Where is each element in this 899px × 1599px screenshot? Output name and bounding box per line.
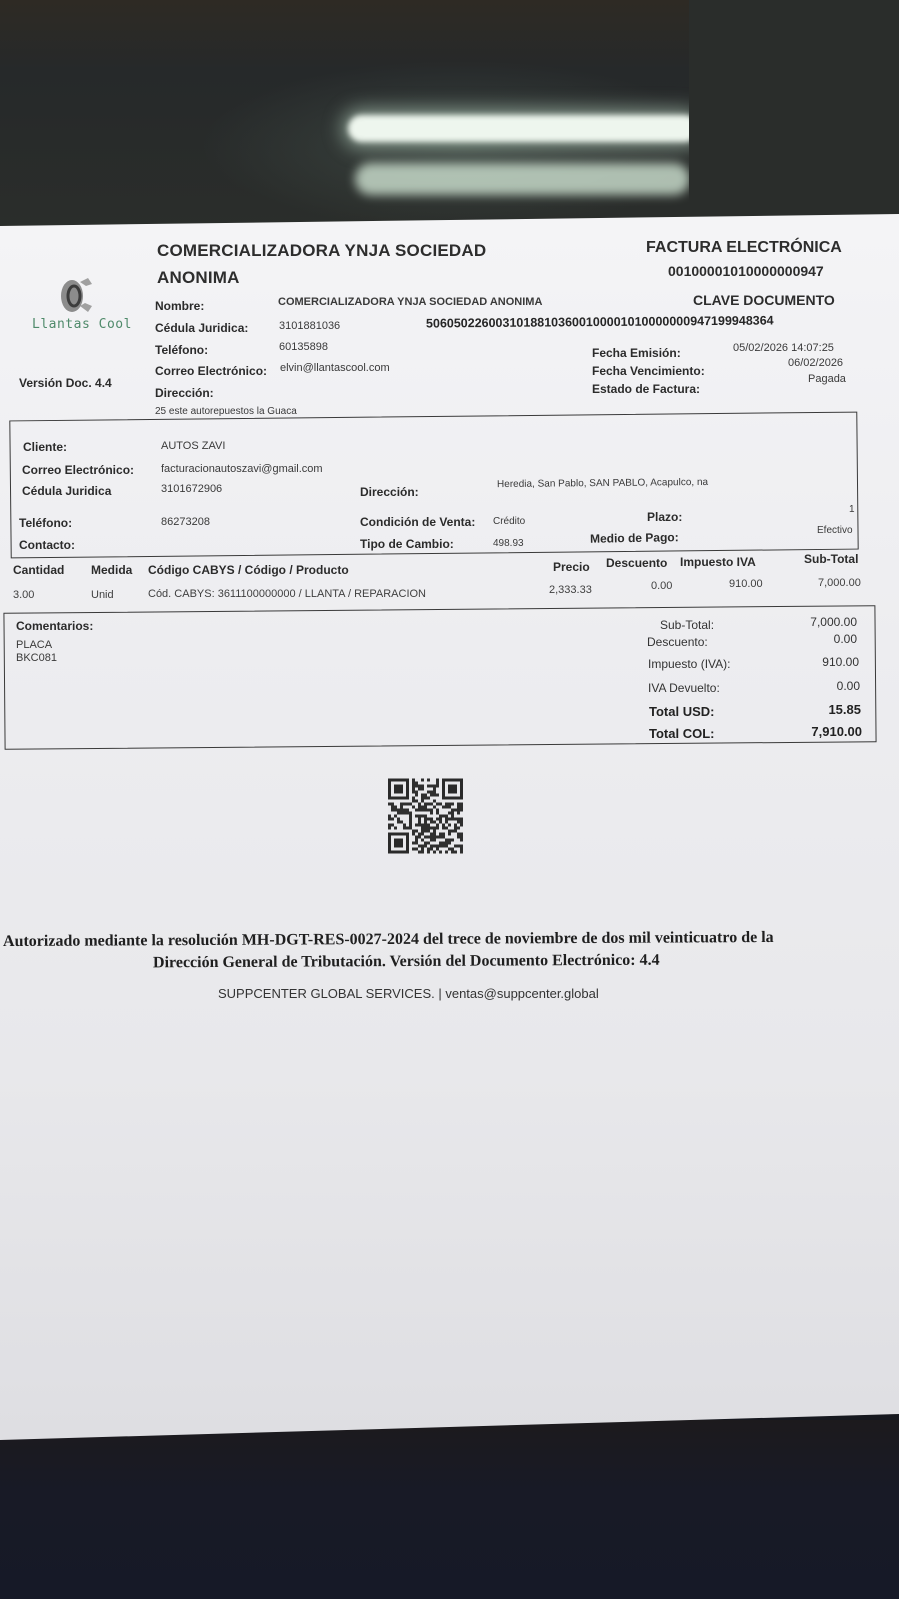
medio-pago: Efectivo	[817, 525, 853, 536]
impuesto-value: 910.00	[822, 655, 859, 669]
cliente-value: AUTOS ZAVI	[161, 440, 225, 452]
comments-totals-box	[3, 605, 876, 750]
row-medida: Unid	[91, 589, 114, 601]
tipo-cambio-label: Tipo de Cambio:	[360, 537, 454, 551]
total-usd-value: 15.85	[828, 702, 861, 717]
row-cantidad: 3.00	[13, 589, 34, 601]
clave-label: CLAVE DOCUMENTO	[693, 292, 835, 308]
total-col-label: Total COL:	[649, 726, 714, 741]
issuer-correo: elvin@llantascool.com	[280, 362, 390, 374]
comments-line1: PLACA	[16, 639, 52, 651]
issuer-telefono-label: Teléfono:	[155, 343, 208, 357]
document-type: FACTURA ELECTRÓNICA	[646, 239, 842, 257]
col-subtotal: Sub-Total	[804, 552, 858, 566]
legal-line2: Dirección General de Tributación. Versió…	[153, 952, 660, 973]
issuer-cedula-label: Cédula Juridica:	[155, 321, 248, 335]
ceiling-light-reflection	[348, 115, 698, 142]
client-telefono-label: Teléfono:	[19, 516, 72, 530]
light-glow	[200, 60, 720, 230]
issuer-direccion: 25 este autorepuestos la Guaca	[155, 406, 297, 417]
issuer-cedula: 3101881036	[279, 320, 340, 332]
photo-background-top	[0, 0, 899, 240]
issuer-correo-label: Correo Electrónico:	[155, 364, 267, 378]
issuer-nombre-label: Nombre:	[155, 299, 204, 313]
plazo-value: 1	[849, 504, 855, 515]
row-descuento: 0.00	[651, 580, 672, 592]
photo-background-bottom	[0, 1420, 899, 1599]
col-impuesto: Impuesto IVA	[680, 555, 756, 569]
row-producto: Cód. CABYS: 3611100000000 / LLANTA / REP…	[148, 588, 426, 600]
condicion-venta-label: Condición de Venta:	[360, 515, 475, 529]
company-name-line2: ANONIMA	[157, 268, 240, 288]
dark-panel	[689, 0, 899, 240]
col-descuento: Descuento	[606, 556, 667, 570]
comments-label: Comentarios:	[16, 619, 93, 633]
invoice-number: 00100001010000000947	[668, 263, 824, 279]
total-usd-label: Total USD:	[649, 704, 714, 719]
footer-provider: SUPPCENTER GLOBAL SERVICES. | ventas@sup…	[218, 986, 599, 1001]
logo-text: Llantas Cool	[32, 317, 132, 332]
issuer-direccion-label: Dirección:	[155, 386, 214, 400]
row-impuesto: 910.00	[729, 578, 763, 590]
fecha-emision: 05/02/2026 14:07:25	[733, 342, 834, 354]
qr-code-icon	[388, 778, 463, 854]
subtotal-label: Sub-Total:	[660, 618, 714, 632]
fecha-vencimiento: 06/02/2026	[788, 357, 843, 369]
client-direccion: Heredia, San Pablo, SAN PABLO, Acapulco,…	[497, 477, 708, 490]
client-telefono: 86273208	[161, 516, 210, 528]
row-precio: 2,333.33	[549, 584, 592, 596]
total-col-value: 7,910.00	[811, 724, 862, 739]
iva-devuelto-value: 0.00	[837, 679, 860, 693]
estado-label: Estado de Factura:	[592, 382, 700, 396]
row-subtotal: 7,000.00	[818, 577, 861, 589]
col-precio: Precio	[553, 560, 590, 574]
ceiling-light-reflection-2	[355, 163, 690, 195]
descuento-label: Descuento:	[647, 635, 708, 649]
fecha-vencimiento-label: Fecha Vencimiento:	[592, 364, 705, 378]
col-cantidad: Cantidad	[13, 563, 64, 577]
iva-devuelto-label: IVA Devuelto:	[648, 681, 720, 695]
client-direccion-label: Dirección:	[360, 485, 419, 499]
comments-line2: BKC081	[16, 652, 57, 664]
descuento-value: 0.00	[834, 632, 857, 646]
fecha-emision-label: Fecha Emisión:	[592, 346, 681, 360]
company-logo	[52, 276, 102, 316]
client-cedula-label: Cédula Juridica	[22, 484, 111, 498]
client-correo: facturacionautoszavi@gmail.com	[161, 463, 323, 475]
col-medida: Medida	[91, 563, 132, 577]
impuesto-label: Impuesto (IVA):	[648, 657, 730, 671]
issuer-telefono: 60135898	[279, 341, 328, 353]
client-cedula: 3101672906	[161, 483, 222, 495]
col-producto: Código CABYS / Código / Producto	[148, 563, 349, 577]
medio-pago-label: Medio de Pago:	[590, 530, 679, 546]
subtotal-value: 7,000.00	[810, 615, 857, 629]
tipo-cambio: 498.93	[493, 538, 524, 549]
tire-wrench-icon	[52, 276, 96, 314]
contacto-label: Contacto:	[19, 538, 75, 552]
plazo-label: Plazo:	[647, 510, 682, 524]
client-correo-label: Correo Electrónico:	[22, 463, 134, 477]
version-doc: Versión Doc. 4.4	[19, 376, 112, 390]
estado-value: Pagada	[808, 373, 846, 385]
condicion-venta: Crédito	[493, 516, 525, 527]
issuer-nombre: COMERCIALIZADORA YNJA SOCIEDAD ANONIMA	[278, 296, 542, 308]
cliente-label: Cliente:	[23, 440, 67, 454]
company-name-line1: COMERCIALIZADORA YNJA SOCIEDAD	[157, 241, 486, 261]
